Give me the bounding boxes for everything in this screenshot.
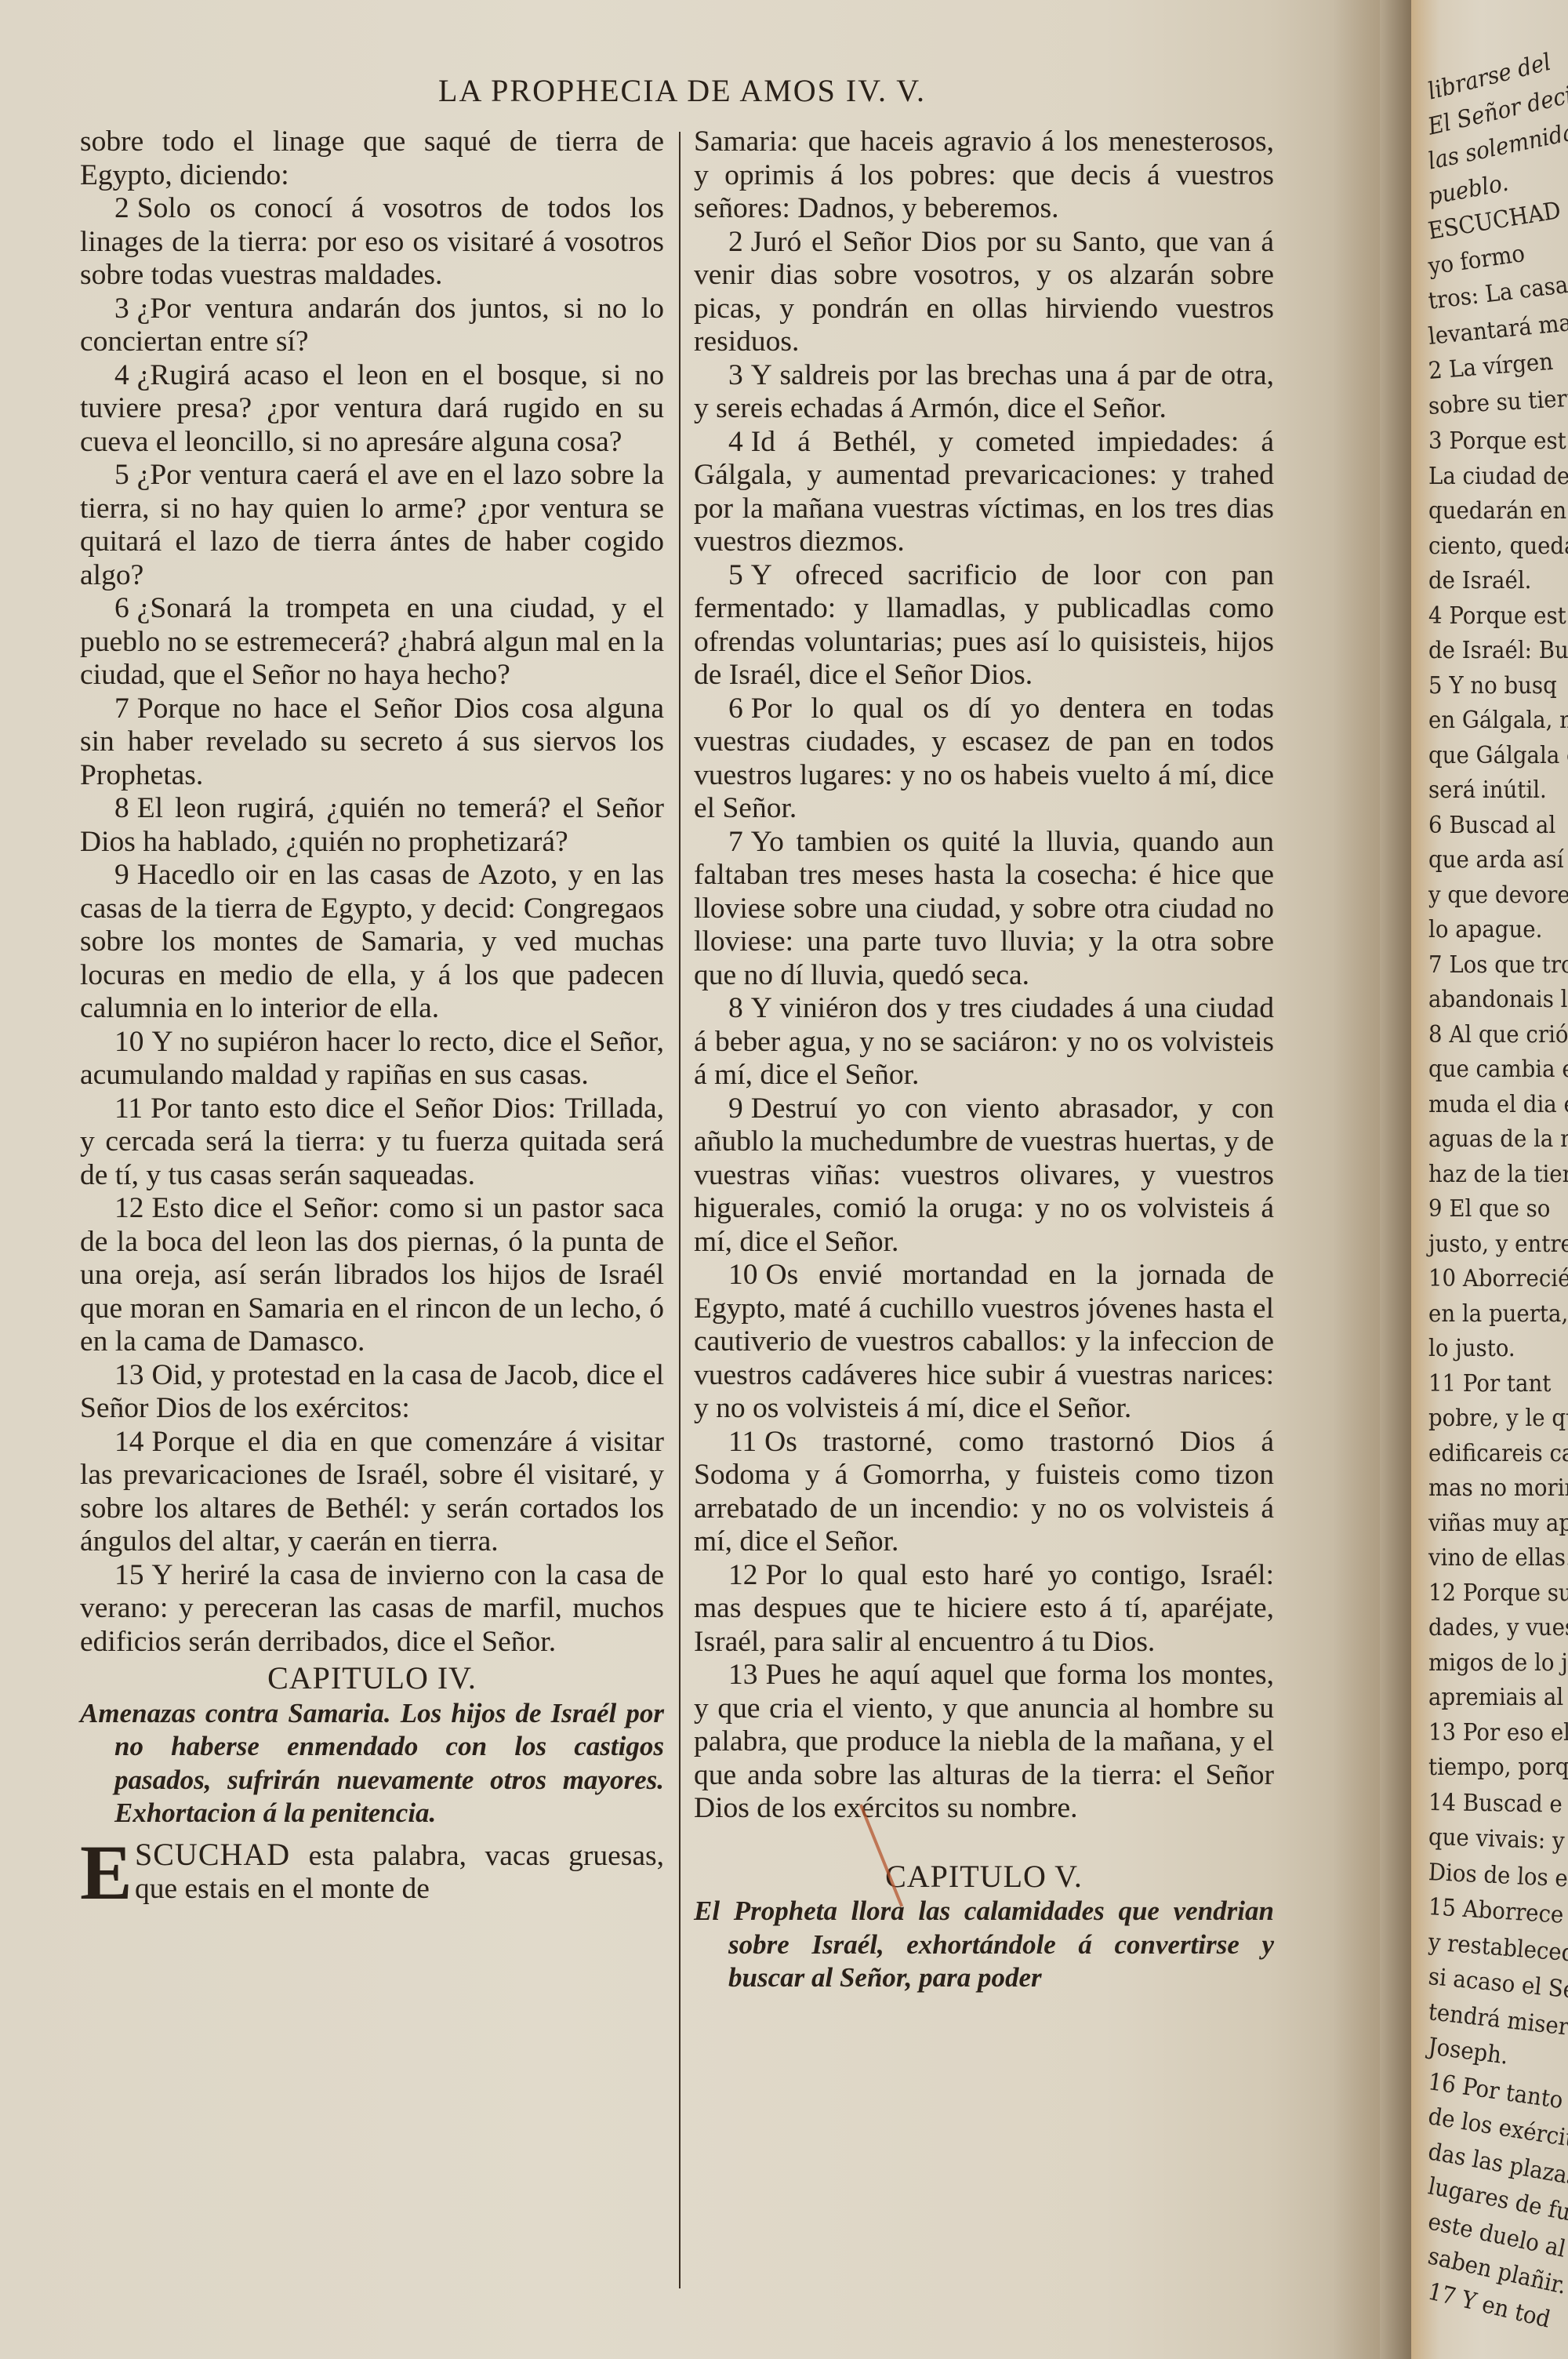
column-divider <box>679 132 681 2288</box>
verse-13: 13Pues he aquí aquel que forma los monte… <box>694 1659 1274 1826</box>
adjacent-page-line: 14 Buscad e <box>1428 1789 1563 1819</box>
adjacent-page-line: ciento, quedarán <box>1428 533 1568 560</box>
verse-text: Destruí yo con viento abrasador, y con a… <box>694 1092 1274 1258</box>
running-head: LA PROPHECIA DE AMOS IV. V. <box>0 72 1364 109</box>
adjacent-page-line: Joseph. <box>1427 2033 1510 2070</box>
adjacent-page-line: Dios de los exé <box>1428 1859 1568 1894</box>
verse-text: Y no supiéron hacer lo recto, dice el Se… <box>80 1026 664 1092</box>
adjacent-page-line: que arda así com <box>1428 846 1568 874</box>
verse-4: 4Id á Bethél, y cometed impiedades: á Gá… <box>694 426 1274 559</box>
chapter-4-summary: Amenazas contra Samaria. Los hijos de Is… <box>80 1697 664 1830</box>
adjacent-page-line: 15 Aborrece <box>1428 1893 1564 1929</box>
verse-number: 13 <box>728 1659 758 1691</box>
adjacent-page-line: edificareis casa <box>1428 1440 1568 1467</box>
adjacent-page-line: será inútil. <box>1428 776 1547 804</box>
verse-text: Por lo qual esto haré yo contigo, Israél… <box>694 1559 1274 1658</box>
adjacent-page-line: 9 El que so <box>1428 1195 1550 1223</box>
verse-8: 8Y viniéron dos y tres ciudades á una ci… <box>694 992 1274 1092</box>
adjacent-page-line: en la puerta, y a <box>1428 1300 1568 1328</box>
verse-5: 5Y ofreced sacrificio de loor con pan fe… <box>694 559 1274 692</box>
verse-number: 4 <box>728 426 743 458</box>
adjacent-page-edge: librarse delEl Señor decilas solemnidadp… <box>1411 0 1568 2359</box>
adjacent-page-line: 5 Y no busq <box>1428 672 1557 700</box>
adjacent-page-line: sobre su tierra, n <box>1428 382 1568 420</box>
verse-number: 15 <box>114 1559 144 1591</box>
verse-text: Os envié mortandad en la jornada de Egyp… <box>694 1259 1274 1424</box>
verse-7: 7Yo tambien os quité la lluvia, quando a… <box>694 826 1274 993</box>
adjacent-page-line: dades, y vuestr <box>1428 1614 1568 1641</box>
adjacent-page-line: haz de la tierra <box>1428 1161 1568 1188</box>
verse-number: 12 <box>728 1559 758 1591</box>
verse-text: Y viniéron dos y tres ciudades á una ciu… <box>694 992 1274 1091</box>
verse-6: 6Por lo qual os dí yo dentera en todas v… <box>694 692 1274 826</box>
verse-12: 12Esto dice el Señor: como si un pastor … <box>80 1192 664 1359</box>
verse-4: 4¿Rugirá acaso el leon en el bosque, si … <box>80 359 664 460</box>
verse-text: Porque no hace el Señor Dios cosa alguna… <box>80 692 664 791</box>
verse-number: 7 <box>728 826 743 858</box>
adjacent-page-line: muda el dia en <box>1428 1091 1568 1118</box>
left-column: sobre todo el linage que saqué de tierra… <box>80 125 664 1906</box>
verse-text: Oid, y protestad en la casa de Jacob, di… <box>80 1359 664 1425</box>
verse-text: Juró el Señor Dios por su Santo, que van… <box>694 226 1274 358</box>
adjacent-page-line: que cambia en <box>1428 1056 1568 1083</box>
verse-number: 10 <box>114 1026 144 1058</box>
verse-number: 2 <box>728 226 743 258</box>
verse-number: 6 <box>728 692 743 725</box>
verse-text: Y saldreis por las brechas una á par de … <box>694 359 1274 425</box>
verse-5: 5¿Por ventura caerá el ave en el lazo so… <box>80 459 664 592</box>
verse-text: Y heriré la casa de invierno con la casa… <box>80 1559 664 1658</box>
adjacent-page-line: 6 Buscad al <box>1428 812 1555 839</box>
adjacent-page-line: mas no morire <box>1428 1474 1568 1502</box>
adjacent-page-line: viñas muy ape <box>1428 1510 1568 1537</box>
verse-number: 3 <box>114 293 129 325</box>
verse-text: Esto dice el Señor: como si un pastor sa… <box>80 1192 664 1358</box>
verse-15: 15Y heriré la casa de invierno con la ca… <box>80 1559 664 1659</box>
adjacent-page-line: aguas de la ma <box>1428 1125 1568 1153</box>
verse-9: 9Destruí yo con viento abrasador, y con … <box>694 1092 1274 1259</box>
adjacent-page-line: de Israél: Busc <box>1428 637 1568 664</box>
verse-number: 8 <box>114 792 129 824</box>
chapter-4-title: CAPITULO IV. <box>80 1662 664 1696</box>
verse-2: 2Solo os conocí á vosotros de todos los … <box>80 192 664 293</box>
adjacent-page-line: 2 La vírgen <box>1428 348 1555 385</box>
verse-10: 10Y no supiéron hacer lo recto, dice el … <box>80 1026 664 1092</box>
verse-number: 3 <box>728 359 743 391</box>
chapter-5-title: CAPITULO V. <box>694 1860 1274 1894</box>
verse-6: 6¿Sonará la trompeta en una ciudad, y el… <box>80 592 664 692</box>
verse-9: 9Hacedlo oir en las casas de Azoto, y en… <box>80 859 664 1026</box>
verse-13: 13Oid, y protestad en la casa de Jacob, … <box>80 1359 664 1426</box>
verse-number: 7 <box>114 692 129 725</box>
adjacent-page-line: migos de lo ju <box>1428 1649 1568 1677</box>
verse-number: 6 <box>114 592 129 624</box>
adjacent-page-line: levantará mas. <box>1427 307 1568 350</box>
verse-continuation: Samaria: que haceis agravio á los menest… <box>694 125 1274 226</box>
drop-cap-letter: E <box>80 1840 132 1906</box>
verse-number: 11 <box>728 1426 757 1458</box>
verse-8: 8El leon rugirá, ¿quién no temerá? el Se… <box>80 792 664 859</box>
adjacent-page-line: 8 Al que crió <box>1428 1021 1568 1049</box>
adjacent-page-line: pueblo. <box>1426 169 1511 210</box>
adjacent-page-line: lo apague. <box>1428 916 1542 943</box>
verse-number: 12 <box>114 1192 144 1224</box>
adjacent-page-line: 12 Porque su <box>1428 1579 1568 1607</box>
verse-continuation: sobre todo el linage que saqué de tierra… <box>80 125 664 192</box>
adjacent-page-line: abandonais la ju <box>1428 986 1568 1013</box>
adjacent-page-line: justo, y entrega <box>1428 1230 1568 1258</box>
chapter4-verses: 2Juró el Señor Dios por su Santo, que va… <box>694 226 1274 1826</box>
verse-10: 10Os envié mortandad en la jornada de Eg… <box>694 1259 1274 1426</box>
adjacent-page-line: lo justo. <box>1428 1335 1515 1362</box>
verse-number: 5 <box>114 459 129 491</box>
verse-2: 2Juró el Señor Dios por su Santo, que va… <box>694 226 1274 359</box>
verse-text: Por lo qual os dí yo dentera en todas vu… <box>694 692 1274 825</box>
adjacent-page-line: 10 Aborrecié <box>1428 1265 1568 1292</box>
verse-text: Hacedlo oir en las casas de Azoto, y en … <box>80 859 664 1024</box>
verse-text: ¿Por ventura caerá el ave en el lazo sob… <box>80 459 664 591</box>
chapter-4-opening-verse: E SCUCHAD esta palabra, vacas gruesas, q… <box>80 1838 664 1906</box>
verse-11: 11Por tanto esto dice el Señor Dios: Tri… <box>80 1092 664 1193</box>
adjacent-page-line: La ciudad de <box>1428 463 1568 490</box>
verse-7: 7Porque no hace el Señor Dios cosa algun… <box>80 692 664 793</box>
verse-text: El leon rugirá, ¿quién no temerá? el Señ… <box>80 792 664 858</box>
adjacent-page-line: que vivais: y s <box>1428 1823 1568 1856</box>
verse-text: Id á Bethél, y cometed impiedades: á Gál… <box>694 426 1274 558</box>
verse-number: 5 <box>728 559 743 591</box>
adjacent-page-line: 3 Porque est <box>1428 427 1566 455</box>
adjacent-page-line: apremiais al po <box>1428 1684 1568 1711</box>
adjacent-page-line: que Gálgala en <box>1428 742 1568 769</box>
chapter-5-summary: El Propheta llora las calamidades que ve… <box>694 1895 1274 1995</box>
verse-3: 3¿Por ventura andarán dos juntos, si no … <box>80 293 664 359</box>
verse-number: 2 <box>114 192 129 224</box>
chapter3-verses: 2Solo os conocí á vosotros de todos los … <box>80 192 664 1659</box>
verse-number: 10 <box>728 1259 758 1291</box>
adjacent-page-line: vino de ellas. <box>1428 1544 1568 1572</box>
verse-text: ¿Rugirá acaso el leon en el bosque, si n… <box>80 359 664 458</box>
verse-text: ¿Por ventura andarán dos juntos, si no l… <box>80 293 664 358</box>
verse-number: 14 <box>114 1426 144 1458</box>
verse-number: 11 <box>114 1092 143 1125</box>
adjacent-page-line: 13 Por eso el <box>1428 1719 1568 1747</box>
verse-number: 9 <box>114 859 129 891</box>
adjacent-page-line: tiempo, porque <box>1428 1754 1568 1781</box>
verse-text: Solo os conocí á vosotros de todos los l… <box>80 192 664 291</box>
adjacent-page-line: quedarán en el <box>1428 497 1568 525</box>
verse-text: Pues he aquí aquel que forma los montes,… <box>694 1659 1274 1824</box>
verse-3: 3Y saldreis por las brechas una á par de… <box>694 359 1274 426</box>
verse-number: 4 <box>114 359 129 391</box>
right-column: Samaria: que haceis agravio á los menest… <box>694 125 1274 1995</box>
verse-text: Porque el dia en que comenzáre á visitar… <box>80 1426 664 1558</box>
verse-number: 9 <box>728 1092 743 1125</box>
adjacent-page-line: pobre, y le qu <box>1428 1405 1568 1432</box>
verse-11: 11Os trastorné, como trastornó Dios á So… <box>694 1426 1274 1559</box>
adjacent-page-line: si acaso el Se <box>1427 1963 1568 2005</box>
verse-text: ¿Sonará la trompeta en una ciudad, y el … <box>80 592 664 691</box>
verse-text: Yo tambien os quité la lluvia, quando au… <box>694 826 1274 991</box>
verse-number: 8 <box>728 992 743 1024</box>
adjacent-page-line: 4 Porque est <box>1428 602 1566 630</box>
verse-text: Y ofreced sacrificio de loor con pan fer… <box>694 559 1274 692</box>
verse-text: Por tanto esto dice el Señor Dios: Trill… <box>80 1092 664 1191</box>
adjacent-page-line: 7 Los que tro <box>1428 951 1568 979</box>
page-gutter-shadow <box>1333 0 1419 2359</box>
adjacent-page-line: en Gálgala, ni <box>1428 707 1568 734</box>
verse-number: 13 <box>114 1359 144 1391</box>
verse-14: 14Porque el dia en que comenzáre á visit… <box>80 1426 664 1559</box>
adjacent-page-line: yo formo <box>1427 239 1526 280</box>
adjacent-page-line: 11 Por tant <box>1428 1370 1551 1398</box>
opening-word: SCUCHAD <box>135 1837 290 1872</box>
verse-12: 12Por lo qual esto haré yo contigo, Isra… <box>694 1559 1274 1659</box>
verse-text: Os trastorné, como trastornó Dios á Sodo… <box>694 1426 1274 1558</box>
adjacent-page-line: y que devore á <box>1428 881 1568 909</box>
adjacent-page-line: de Israél. <box>1428 567 1531 594</box>
adjacent-page-line: y restableced <box>1428 1928 1568 1968</box>
